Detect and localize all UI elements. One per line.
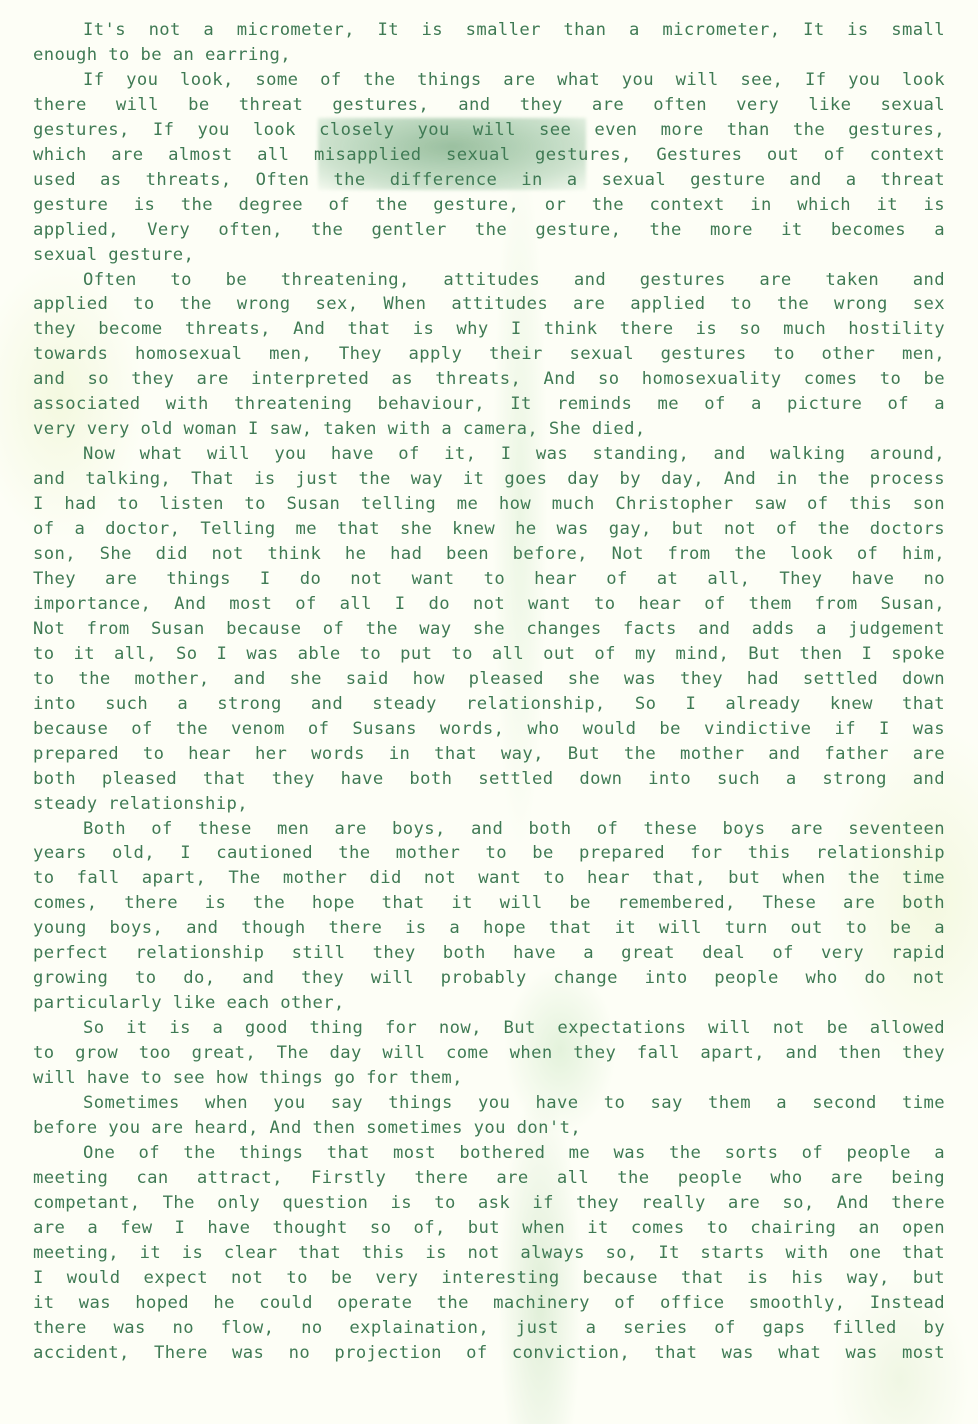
text-line: So it is a good thing for now, But expec… bbox=[33, 1016, 945, 1041]
text-line: gestures, If you look closely you will s… bbox=[33, 118, 945, 143]
text-line: and so they are interpreted as threats, … bbox=[33, 367, 945, 392]
text-line: Often to be threatening, attitudes and g… bbox=[33, 268, 945, 293]
text-line: there was no flow, no explaination, just… bbox=[33, 1316, 945, 1341]
text-line: are a few I have thought so of, but when… bbox=[33, 1216, 945, 1241]
paragraph: Often to be threatening, attitudes and g… bbox=[33, 268, 945, 443]
text-line: enough to be an earring, bbox=[33, 43, 945, 68]
text-line: accident, There was no projection of con… bbox=[33, 1341, 945, 1366]
paragraph: If you look, some of the things are what… bbox=[33, 68, 945, 268]
text-line: applied, Very often, the gentler the ges… bbox=[33, 218, 945, 243]
text-line: before you are heard, And then sometimes… bbox=[33, 1116, 945, 1141]
text-line: Both of these men are boys, and both of … bbox=[33, 817, 945, 842]
text-line: steady relationship, bbox=[33, 792, 945, 817]
text-line: comes, there is the hope that it will be… bbox=[33, 891, 945, 916]
paragraph: One of the things that most bothered me … bbox=[33, 1141, 945, 1366]
text-line: will have to see how things go for them, bbox=[33, 1066, 945, 1091]
paragraph: Sometimes when you say things you have t… bbox=[33, 1091, 945, 1141]
text-line: son, She did not think he had been befor… bbox=[33, 542, 945, 567]
text-line: they become threats, And that is why I t… bbox=[33, 317, 945, 342]
text-line: perfect relationship still they both hav… bbox=[33, 941, 945, 966]
text-line: prepared to hear her words in that way, … bbox=[33, 742, 945, 767]
text-line: Sometimes when you say things you have t… bbox=[33, 1091, 945, 1116]
text-line: to fall apart, The mother did not want t… bbox=[33, 866, 945, 891]
text-line: gesture is the degree of the gesture, or… bbox=[33, 193, 945, 218]
text-line: I would expect not to be very interestin… bbox=[33, 1266, 945, 1291]
text-line: They are things I do not want to hear of… bbox=[33, 567, 945, 592]
text-line: very very old woman I saw, taken with a … bbox=[33, 417, 945, 442]
text-line: One of the things that most bothered me … bbox=[33, 1141, 945, 1166]
text-line: associated with threatening behaviour, I… bbox=[33, 392, 945, 417]
text-line: which are almost all misapplied sexual g… bbox=[33, 143, 945, 168]
text-line: particularly like each other, bbox=[33, 991, 945, 1016]
text-line: importance, And most of all I do not wan… bbox=[33, 592, 945, 617]
text-line: competant, The only question is to ask i… bbox=[33, 1191, 945, 1216]
text-line: meeting, it is clear that this is not al… bbox=[33, 1241, 945, 1266]
text-line: because of the venom of Susans words, wh… bbox=[33, 717, 945, 742]
text-line: Now what will you have of it, I was stan… bbox=[33, 442, 945, 467]
paragraph: It's not a micrometer, It is smaller tha… bbox=[33, 18, 945, 68]
text-line: to grow too great, The day will come whe… bbox=[33, 1041, 945, 1066]
paragraph: Both of these men are boys, and both of … bbox=[33, 817, 945, 1017]
text-line: sexual gesture, bbox=[33, 243, 945, 268]
paragraph: So it is a good thing for now, But expec… bbox=[33, 1016, 945, 1091]
text-line: towards homosexual men, They apply their… bbox=[33, 342, 945, 367]
text-line: to the mother, and she said how pleased … bbox=[33, 667, 945, 692]
text-line: Not from Susan because of the way she ch… bbox=[33, 617, 945, 642]
document-body: It's not a micrometer, It is smaller tha… bbox=[33, 18, 945, 1365]
text-line: applied to the wrong sex, When attitudes… bbox=[33, 292, 945, 317]
text-line: both pleased that they have both settled… bbox=[33, 767, 945, 792]
text-line: into such a strong and steady relationsh… bbox=[33, 692, 945, 717]
text-line: there will be threat gestures, and they … bbox=[33, 93, 945, 118]
text-line: It's not a micrometer, It is smaller tha… bbox=[33, 18, 945, 43]
text-line: I had to listen to Susan telling me how … bbox=[33, 492, 945, 517]
text-line: If you look, some of the things are what… bbox=[33, 68, 945, 93]
text-line: to it all, So I was able to put to all o… bbox=[33, 642, 945, 667]
text-line: growing to do, and they will probably ch… bbox=[33, 966, 945, 991]
paragraph: Now what will you have of it, I was stan… bbox=[33, 442, 945, 816]
text-line: of a doctor, Telling me that she knew he… bbox=[33, 517, 945, 542]
text-line: years old, I cautioned the mother to be … bbox=[33, 841, 945, 866]
text-line: and talking, That is just the way it goe… bbox=[33, 467, 945, 492]
text-line: it was hoped he could operate the machin… bbox=[33, 1291, 945, 1316]
text-line: young boys, and though there is a hope t… bbox=[33, 916, 945, 941]
text-line: meeting can attract, Firstly there are a… bbox=[33, 1166, 945, 1191]
text-line: used as threats, Often the difference in… bbox=[33, 168, 945, 193]
